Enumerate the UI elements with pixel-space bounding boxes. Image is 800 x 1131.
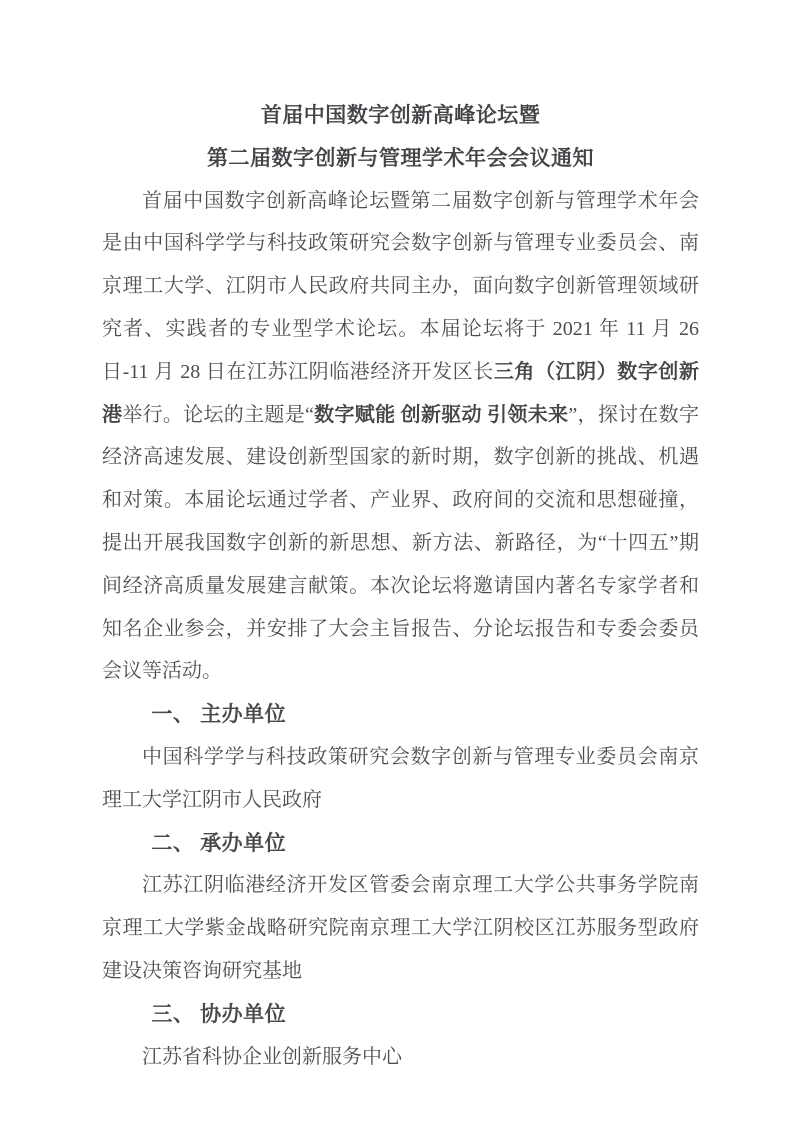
section-body-co-organizers: 江苏省科协企业创新服务中心 <box>102 1036 699 1079</box>
section-heading-co-organizers: 三、 协办单位 <box>102 993 699 1036</box>
doc-title-line2: 第二届数字创新与管理学术年会会议通知 <box>102 137 699 180</box>
section-heading-organizers: 一、 主办单位 <box>102 693 699 736</box>
intro-text-2: 举行。论坛的主题是“ <box>122 404 314 426</box>
section-heading-undertakers: 二、 承办单位 <box>102 822 699 865</box>
document-page: 首届中国数字创新高峰论坛暨 第二届数字创新与管理学术年会会议通知 首届中国数字创… <box>0 0 800 1131</box>
section-body-organizers: 中国科学学与科技政策研究会数字创新与管理专业委员会南京理工大学江阴市人民政府 <box>102 736 699 822</box>
section-body-undertakers: 江苏江阴临港经济开发区管委会南京理工大学公共事务学院南京理工大学紫金战略研究院南… <box>102 864 699 992</box>
intro-text-1: 首届中国数字创新高峰论坛暨第二届数字创新与管理学术年会是由中国科学学与科技政策研… <box>102 190 699 383</box>
intro-paragraph: 首届中国数字创新高峰论坛暨第二届数字创新与管理学术年会是由中国科学学与科技政策研… <box>102 180 699 694</box>
intro-bold-theme: 数字赋能 创新驱动 引领未来 <box>314 404 568 426</box>
intro-text-3: ”，探讨在数字经济高速发展、建设创新型国家的新时期，数字创新的挑战、机遇和对策。… <box>102 404 699 683</box>
doc-title-line1: 首届中国数字创新高峰论坛暨 <box>102 94 699 137</box>
